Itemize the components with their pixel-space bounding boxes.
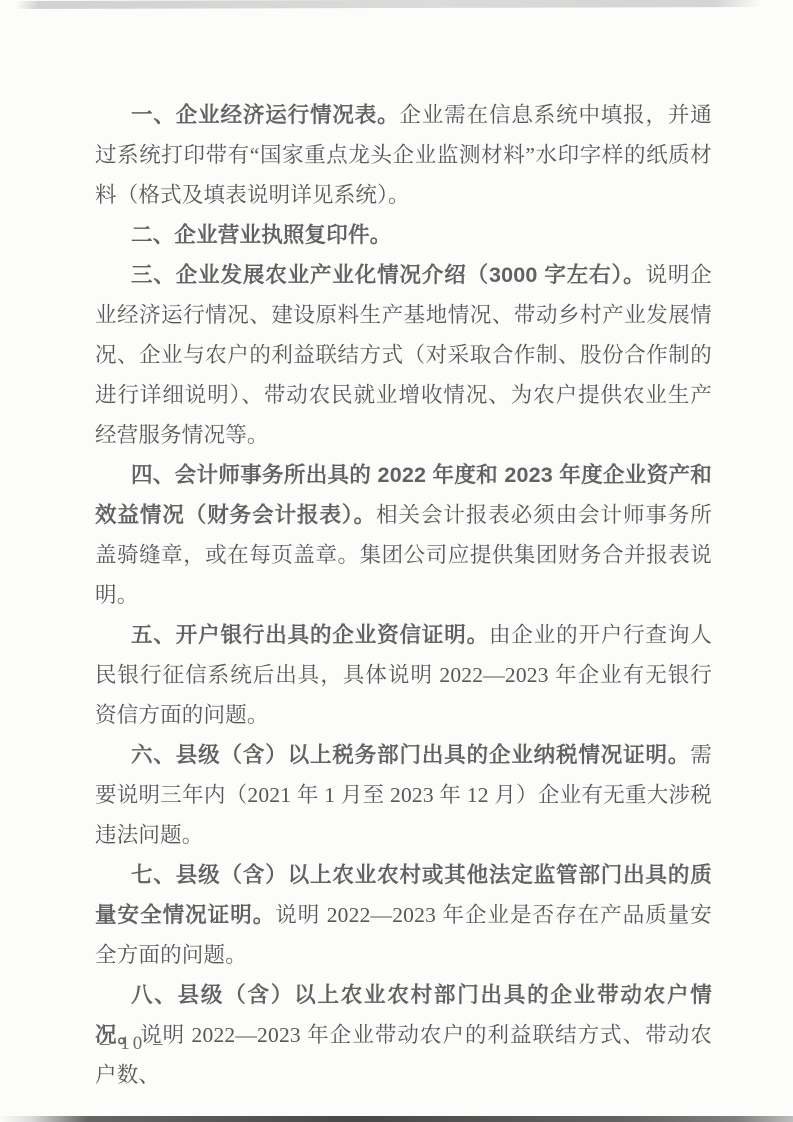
paragraph-lead: 六、县级（含）以上税务部门出具的企业纳税情况证明。: [131, 743, 690, 767]
paragraph-item-6: 六、县级（含）以上税务部门出具的企业纳税情况证明。需要说明三年内（2021 年 …: [95, 735, 712, 855]
document-body: 一、企业经济运行情况表。企业需在信息系统中填报，并通过系统打印带有“国家重点龙头…: [95, 95, 712, 1095]
paragraph-item-2: 二、企业营业执照复印件。: [95, 215, 712, 255]
scan-artifact-bottom: [0, 1116, 793, 1122]
paragraph-item-3: 三、企业发展农业产业化情况介绍（3000 字左右）。说明企业经济运行情况、建设原…: [95, 255, 712, 455]
paragraph-item-1: 一、企业经济运行情况表。企业需在信息系统中填报，并通过系统打印带有“国家重点龙头…: [95, 95, 712, 215]
paragraph-item-7: 七、县级（含）以上农业农村或其他法定监管部门出具的质量安全情况证明。说明 202…: [95, 855, 712, 975]
paragraph-lead: 五、开户银行出具的企业资信证明。: [131, 623, 489, 647]
paragraph-lead: 二、企业营业执照复印件。: [131, 223, 391, 247]
page-number: – 10 –: [100, 1033, 166, 1055]
paragraph-text: 说明企业经济运行情况、建设原料生产基地情况、带动乡村产业发展情况、企业与农户的利…: [95, 263, 712, 447]
paragraph-item-4: 四、会计师事务所出具的 2022 年度和 2023 年度企业资产和效益情况（财务…: [95, 455, 712, 615]
paragraph-lead: 三、企业发展农业产业化情况介绍（3000 字左右）。: [131, 263, 646, 287]
paragraph-lead: 一、企业经济运行情况表。: [131, 103, 399, 127]
document-page: 一、企业经济运行情况表。企业需在信息系统中填报，并通过系统打印带有“国家重点龙头…: [0, 0, 793, 1122]
scan-artifact-top: [0, 0, 793, 9]
paragraph-text: 说明 2022—2023 年企业带动农户的利益联结方式、带动农户数、: [95, 1023, 712, 1087]
paragraph-item-8: 八、县级（含）以上农业农村部门出具的企业带动农户情况。说明 2022—2023 …: [95, 975, 712, 1095]
paragraph-item-5: 五、开户银行出具的企业资信证明。由企业的开户行查询人民银行征信系统后出具，具体说…: [95, 615, 712, 735]
